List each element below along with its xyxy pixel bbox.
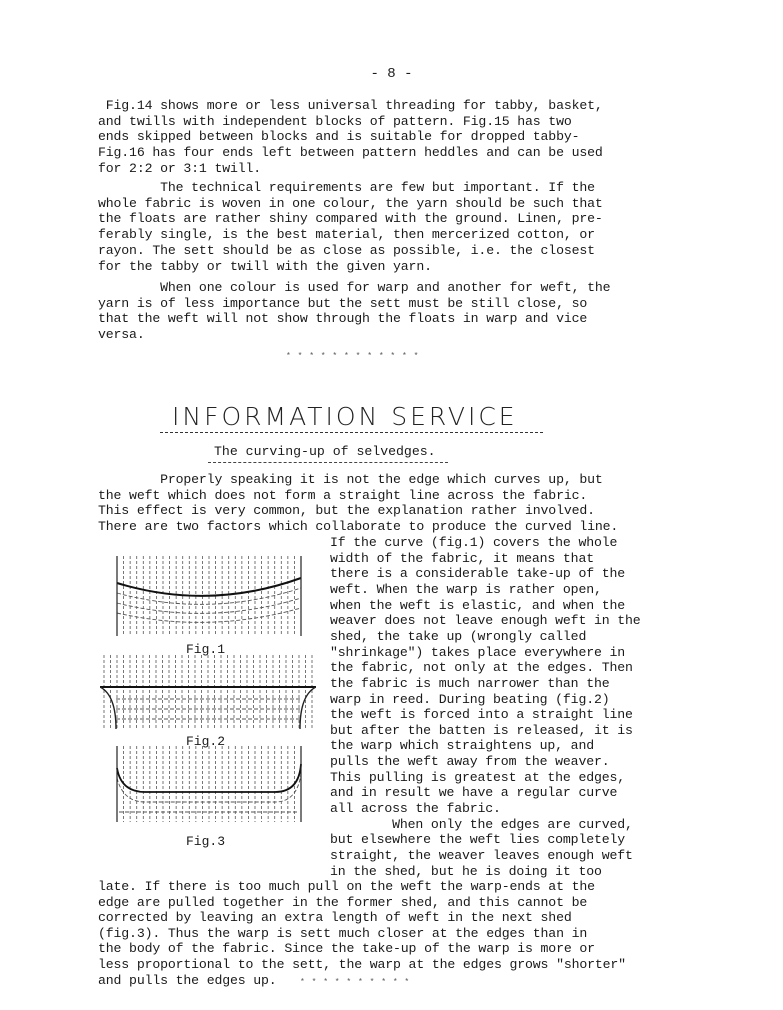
text-line: shed, the take up (wrongly called <box>330 629 586 645</box>
text-line: yarn is of less importance but the sett … <box>98 296 587 312</box>
text-line: the floats are rather shiny compared wit… <box>98 211 603 227</box>
subheading-underline <box>208 462 448 463</box>
text-line: "shrinkage") takes place everywhere in <box>330 645 625 661</box>
text-line: and twills with independent blocks of pa… <box>98 114 572 130</box>
figure-3-caption: Fig.3 <box>186 834 225 849</box>
text-line: This pulling is greatest at the edges, <box>330 770 625 786</box>
text-line: the body of the fabric. Since the take-u… <box>98 941 595 957</box>
text-line: rayon. The sett should be as close as po… <box>98 243 595 259</box>
text-line: Properly speaking it is not the edge whi… <box>98 472 603 488</box>
text-line: There are two factors which collaborate … <box>98 519 618 535</box>
text-line: but after the batten is released, it is <box>330 723 633 739</box>
section-heading: INFORMATION SERVICE <box>172 402 518 431</box>
text-line: versa. <box>98 327 145 343</box>
text-line: in the shed, but he is doing it too <box>330 864 602 880</box>
text-line: weft. When the warp is rather open, <box>330 582 602 598</box>
text-line: (fig.3). Thus the warp is sett much clos… <box>98 926 587 942</box>
figure-3-diagram <box>115 746 303 824</box>
text-line: warp in reed. During beating (fig.2) <box>330 692 610 708</box>
text-line: When only the edges are curved, <box>330 817 633 833</box>
text-line: This effect is very common, but the expl… <box>98 503 595 519</box>
text-line: weaver does not leave enough weft in the <box>330 613 641 629</box>
text-line: when the weft is elastic, and when the <box>330 598 625 614</box>
text-line: less proportional to the sett, the warp … <box>98 957 626 973</box>
text-line: ferably single, is the best material, th… <box>98 227 595 243</box>
text-line: straight, the weaver leaves enough weft <box>330 848 633 864</box>
text-line: whole fabric is woven in one colour, the… <box>98 196 603 212</box>
text-line: If the curve (fig.1) covers the whole <box>330 535 617 551</box>
text-line: edge are pulled together in the former s… <box>98 895 587 911</box>
section-subheading: The curving-up of selvedges. <box>214 444 436 459</box>
text-line: and in result we have a regular curve <box>330 785 617 801</box>
text-line: The technical requirements are few but i… <box>98 180 595 196</box>
text-line: the fabric, not only at the edges. Then <box>330 660 633 676</box>
text-line: Fig.16 has four ends left between patter… <box>98 145 603 161</box>
text-line: and pulls the edges up. <box>98 973 277 989</box>
text-line: corrected by leaving an extra length of … <box>98 910 572 926</box>
text-line: for 2:2 or 3:1 twill. <box>98 161 261 177</box>
figure-1-diagram <box>115 556 303 640</box>
text-line: the weft which does not form a straight … <box>98 488 587 504</box>
heading-underline <box>160 432 543 433</box>
text-line: for the tabby or twill with the given ya… <box>98 259 432 275</box>
text-line: the fabric is much narrower than the <box>330 676 610 692</box>
text-line: ends skipped between blocks and is suita… <box>98 129 579 145</box>
text-line: the weft is forced into a straight line <box>330 707 633 723</box>
text-line: there is a considerable take-up of the <box>330 566 625 582</box>
text-line: pulls the weft away from the weaver. <box>330 754 610 770</box>
figure-2-diagram <box>100 655 316 735</box>
text-line: When one colour is used for warp and ano… <box>98 280 610 296</box>
separator-stars: * * * * * * * * * * * * <box>286 352 419 361</box>
end-separator-stars: * * * * * * * * * * <box>300 978 410 987</box>
text-line: the warp which straightens up, and <box>330 738 594 754</box>
text-line: but elsewhere the weft lies completely <box>330 832 625 848</box>
text-line: Fig.14 shows more or less universal thre… <box>98 98 603 114</box>
text-line: that the weft will not show through the … <box>98 311 587 327</box>
page-number: - 8 - <box>0 66 783 82</box>
text-line: all across the fabric. <box>330 801 501 817</box>
text-line: late. If there is too much pull on the w… <box>98 879 595 895</box>
text-line: width of the fabric, it means that <box>330 551 594 567</box>
